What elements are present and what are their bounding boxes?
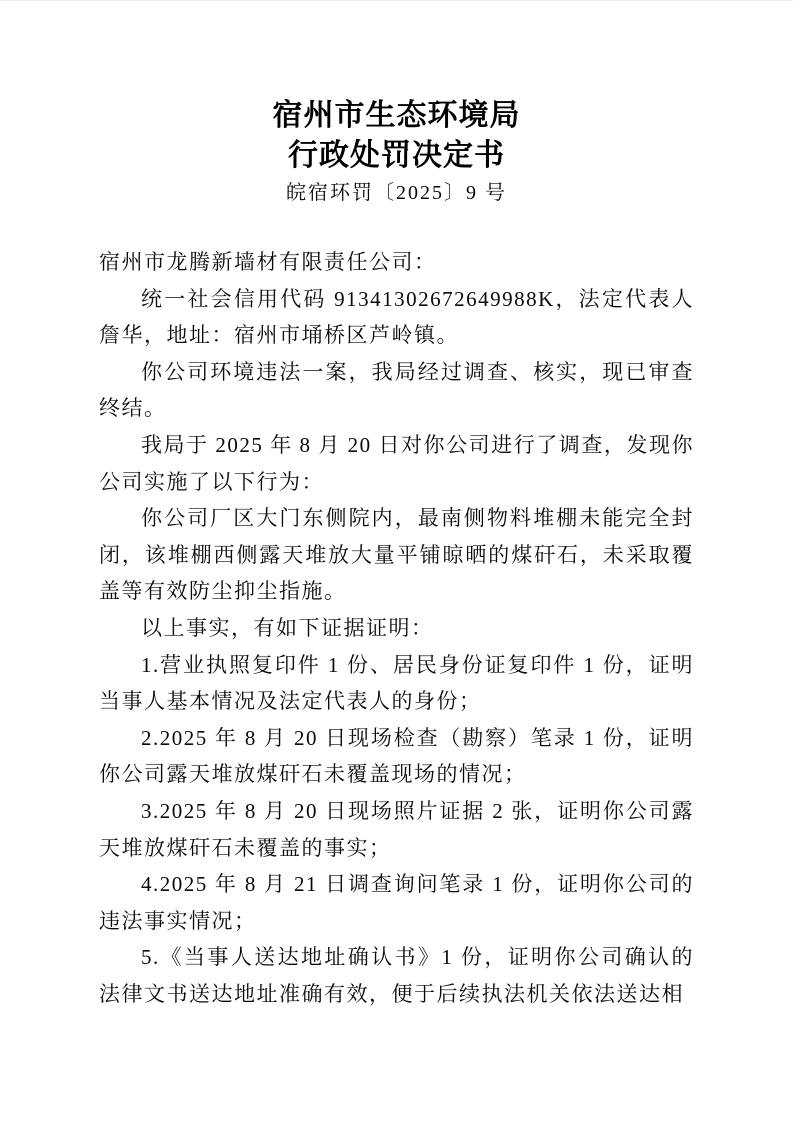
paragraph-evidence-item-1: 1.营业执照复印件 1 份、居民身份证复印件 1 份，证明当事人基本情况及法定代… bbox=[99, 647, 694, 720]
document-title-issuer: 宿州市生态环境局 bbox=[0, 96, 793, 136]
document-page: 宿州市生态环境局 行政处罚决定书 皖宿环罚〔2025〕9 号 宿州市龙腾新墙材有… bbox=[0, 0, 793, 1122]
paragraph-credit-code: 统一社会信用代码 91341302672649988K，法定代表人詹华，地址：宿… bbox=[99, 281, 694, 354]
paragraph-evidence-item-3: 3.2025 年 8 月 20 日现场照片证据 2 张，证明你公司露天堆放煤矸石… bbox=[99, 793, 694, 866]
paragraph-case-intro: 你公司环境违法一案，我局经过调查、核实，现已审查终结。 bbox=[99, 354, 694, 427]
paragraph-evidence-intro: 以上事实，有如下证据证明： bbox=[99, 610, 694, 647]
document-body: 宿州市龙腾新墙材有限责任公司： 统一社会信用代码 913413026726499… bbox=[99, 244, 694, 1012]
document-title: 宿州市生态环境局 行政处罚决定书 bbox=[0, 96, 793, 176]
document-number: 皖宿环罚〔2025〕9 号 bbox=[0, 179, 793, 207]
paragraph-evidence-item-5: 5.《当事人送达地址确认书》1 份，证明你公司确认的法律文书送达地址准确有效，便… bbox=[99, 939, 694, 1012]
paragraph-violation-facts: 你公司厂区大门东侧院内，最南侧物料堆棚未能完全封闭，该堆棚西侧露天堆放大量平铺晾… bbox=[99, 500, 694, 610]
paragraph-evidence-item-4: 4.2025 年 8 月 21 日调查询问笔录 1 份，证明你公司的违法事实情况… bbox=[99, 866, 694, 939]
recipient-line: 宿州市龙腾新墙材有限责任公司： bbox=[99, 244, 694, 281]
paragraph-investigation-date: 我局于 2025 年 8 月 20 日对你公司进行了调查，发现你公司实施了以下行… bbox=[99, 427, 694, 500]
paragraph-evidence-item-2: 2.2025 年 8 月 20 日现场检查（勘察）笔录 1 份，证明你公司露天堆… bbox=[99, 720, 694, 793]
document-title-type: 行政处罚决定书 bbox=[0, 136, 793, 176]
